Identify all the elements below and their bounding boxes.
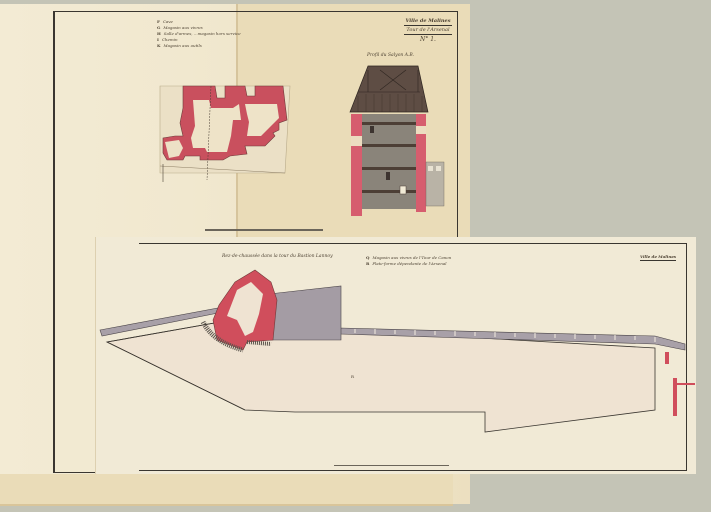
section-title: Profil du Salyon A.B. (367, 53, 414, 58)
title-line-2: Tour de l'Arsenal (404, 27, 452, 33)
floor-plan-drawing (155, 78, 295, 183)
lower-scale-bar (334, 465, 449, 466)
upper-title-block: Ville de Malines Tour de l'Arsenal N° 1. (404, 18, 452, 43)
tower-section-drawing (348, 62, 448, 222)
upper-scale-bar (205, 229, 323, 231)
title-line-1: Ville de Malines (404, 18, 452, 24)
title-rule (404, 25, 452, 26)
title-rule (404, 34, 452, 35)
upper-legend: FCave GMagasin aux vivres HSalle d'armes… (157, 19, 241, 49)
title-line-1: Ville de Malines (640, 254, 676, 259)
title-line-3: N° 1. (404, 36, 452, 43)
lower-plan-title: Rez-de-chaussée dans la tour du Bastion … (222, 254, 333, 259)
paper-bottom-strip (0, 474, 453, 506)
rampart-plan-drawing: R (95, 260, 695, 440)
legend-item: KMagasin aux outils (157, 43, 241, 49)
